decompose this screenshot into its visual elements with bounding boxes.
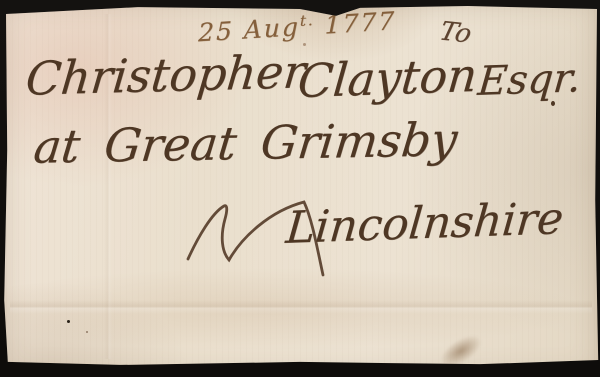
paper-speck bbox=[303, 43, 306, 46]
horizontal-fold-crease bbox=[10, 300, 592, 314]
ink-smudge bbox=[427, 322, 495, 377]
recipient-honorific: Esqr. bbox=[476, 58, 582, 102]
paper-speck bbox=[67, 320, 70, 323]
paper-speck bbox=[86, 331, 88, 333]
letter-paper: 25 Augt. 1777 To Christopher Clayton Esq… bbox=[0, 0, 600, 377]
recipient-surname: Clayton bbox=[296, 52, 479, 104]
letter-photo-backdrop: 25 Augt. 1777 To Christopher Clayton Esq… bbox=[0, 0, 600, 377]
to-label: To bbox=[437, 19, 474, 48]
ink-dot bbox=[551, 101, 555, 106]
recipient-first-name: Christopher bbox=[24, 48, 308, 101]
postmark-date: 25 Augt. 1777 bbox=[198, 8, 396, 45]
address-line: at Great Grimsby bbox=[32, 116, 460, 169]
postmark-date-prefix: 25 Aug bbox=[198, 12, 300, 47]
postmark-date-year: 1777 bbox=[324, 6, 396, 39]
address-county: Lincolnshire bbox=[284, 197, 565, 251]
postmark-date-superscript: t. bbox=[300, 11, 315, 30]
